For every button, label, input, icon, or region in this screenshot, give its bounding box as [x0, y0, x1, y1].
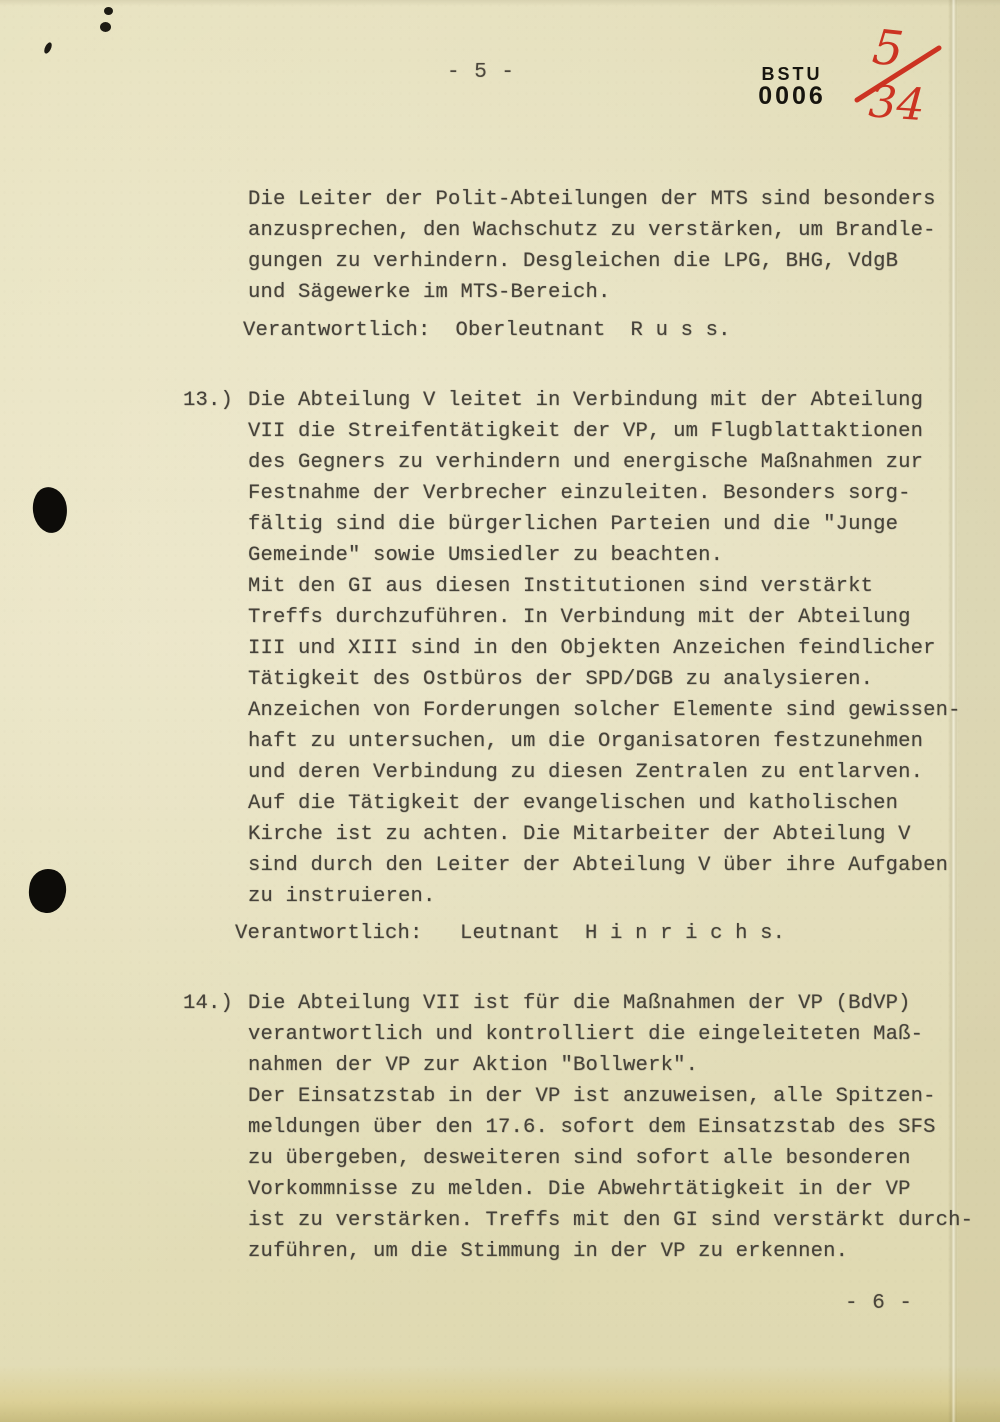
text-line: des Gegners zu verhindern und energische…: [248, 447, 961, 478]
stamp-text-bstu: BSTU: [750, 64, 834, 84]
text-line: Tätigkeit des Ostbüros der SPD/DGB zu an…: [248, 664, 961, 695]
text-line: zuführen, um die Stimmung in der VP zu e…: [248, 1236, 973, 1267]
ink-blob: [30, 485, 70, 535]
text-line: nahmen der VP zur Aktion "Bollwerk".: [248, 1050, 973, 1081]
next-page-number: - 6 -: [845, 1292, 913, 1315]
scanned-document-page: - 5 - BSTU 0006 5 34 Die Leiter der Poli…: [0, 0, 1000, 1422]
numbered-item-14: 14.) Die Abteilung VII ist für die Maßna…: [183, 988, 973, 1267]
text-line: Die Abteilung V leitet in Verbindung mit…: [248, 385, 961, 416]
item-number: 13.): [183, 385, 233, 416]
fraction-denominator: 34: [867, 76, 926, 128]
ink-blob: [27, 867, 68, 915]
intro-paragraph: Die Leiter der Polit-Abteilungen der MTS…: [248, 184, 936, 346]
numbered-item-13: 13.) Die Abteilung V leitet in Verbindun…: [183, 385, 961, 949]
ink-speck: [100, 22, 111, 32]
responsible-line: Verantwortlich: Oberleutnant R u s s.: [243, 315, 936, 346]
text-line: Gemeinde" sowie Umsiedler zu beachten.: [248, 540, 961, 571]
ink-speck: [43, 41, 54, 54]
text-line: haft zu untersuchen, um die Organisatore…: [248, 726, 961, 757]
text-line: anzusprechen, den Wachschutz zu verstärk…: [248, 215, 936, 246]
text-line: Treffs durchzuführen. In Verbindung mit …: [248, 602, 961, 633]
intro-lines: Die Leiter der Polit-Abteilungen der MTS…: [248, 184, 936, 308]
item-lines: Die Abteilung V leitet in Verbindung mit…: [248, 385, 961, 912]
text-line: III und XIII sind in den Objekten Anzeic…: [248, 633, 961, 664]
text-line: Vorkommnisse zu melden. Die Abwehrtätigk…: [248, 1174, 973, 1205]
bstu-archive-stamp: BSTU 0006: [750, 64, 834, 108]
handwritten-fraction-annotation: 5 34: [843, 16, 953, 128]
fraction-numerator: 5: [870, 19, 906, 78]
text-line: und Sägewerke im MTS-Bereich.: [248, 277, 936, 308]
top-edge-shadow: [0, 0, 1000, 6]
text-line: zu übergeben, desweiteren sind sofort al…: [248, 1143, 973, 1174]
text-line: Kirche ist zu achten. Die Mitarbeiter de…: [248, 819, 961, 850]
text-line: gungen zu verhindern. Desgleichen die LP…: [248, 246, 936, 277]
text-line: meldungen über den 17.6. sofort dem Eins…: [248, 1112, 973, 1143]
text-line: Auf die Tätigkeit der evangelischen und …: [248, 788, 961, 819]
item-number: 14.): [183, 988, 233, 1019]
text-line: und deren Verbindung zu diesen Zentralen…: [248, 757, 961, 788]
page-number: - 5 -: [447, 61, 515, 84]
text-line: Mit den GI aus diesen Institutionen sind…: [248, 571, 961, 602]
item-lines: Die Abteilung VII ist für die Maßnahmen …: [248, 988, 973, 1267]
text-line: Die Abteilung VII ist für die Maßnahmen …: [248, 988, 973, 1019]
text-line: zu instruieren.: [248, 881, 961, 912]
text-line: Der Einsatzstab in der VP ist anzuweisen…: [248, 1081, 973, 1112]
responsible-line: Verantwortlich: Leutnant H i n r i c h s…: [235, 918, 961, 949]
text-line: sind durch den Leiter der Abteilung V üb…: [248, 850, 961, 881]
text-line: Die Leiter der Polit-Abteilungen der MTS…: [248, 184, 936, 215]
text-line: Festnahme der Verbrecher einzuleiten. Be…: [248, 478, 961, 509]
text-line: verantwortlich und kontrolliert die eing…: [248, 1019, 973, 1050]
stamp-number: 0006: [750, 84, 834, 108]
text-line: VII die Streifentätigkeit der VP, um Flu…: [248, 416, 961, 447]
text-line: ist zu verstärken. Treffs mit den GI sin…: [248, 1205, 973, 1236]
text-line: fältig sind die bürgerlichen Parteien un…: [248, 509, 961, 540]
ink-speck: [104, 7, 113, 15]
text-line: Anzeichen von Forderungen solcher Elemen…: [248, 695, 961, 726]
